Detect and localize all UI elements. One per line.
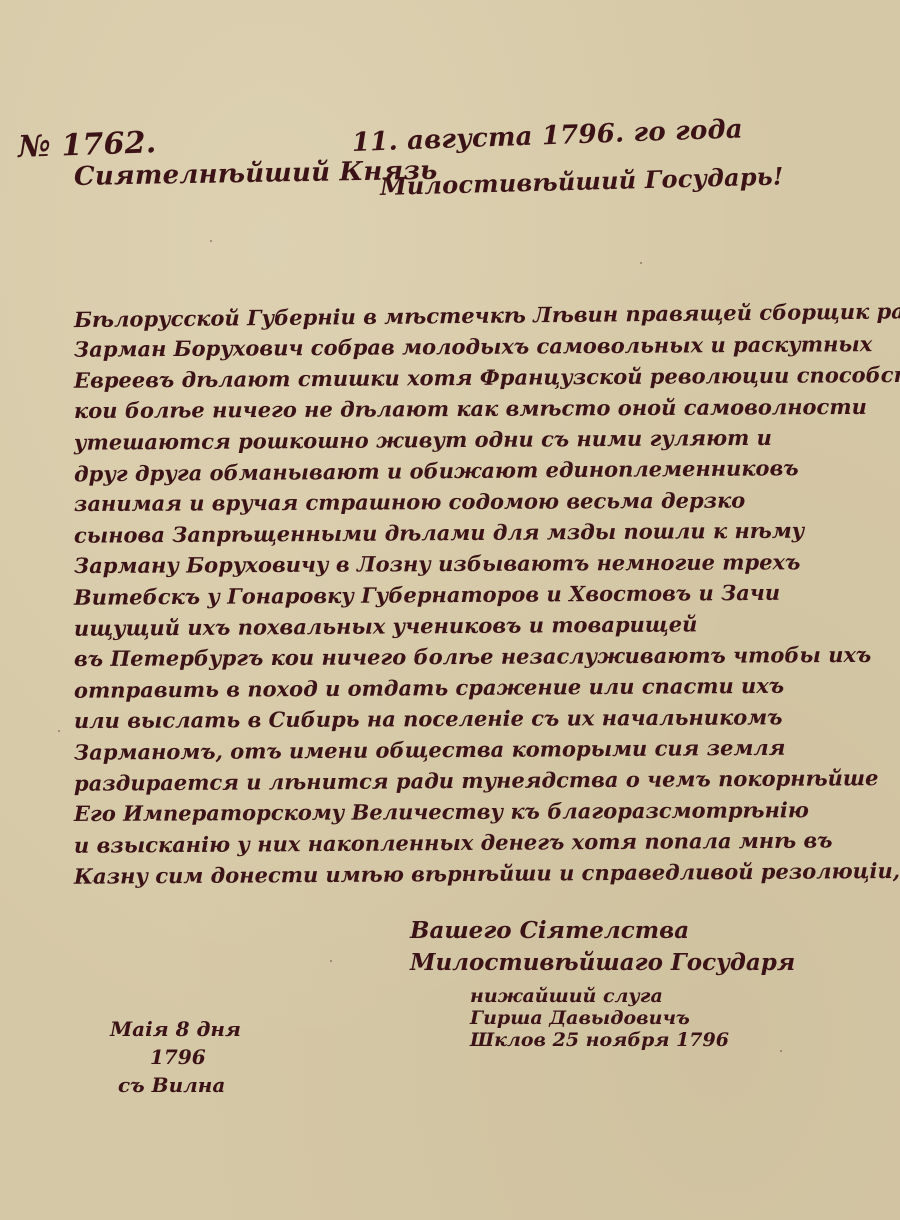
body-line: въ Петербургъ кои ничего болѣе незаслужи… — [74, 639, 854, 674]
margin-note-line: съ Вилна — [110, 1071, 241, 1099]
closing-line: Вашего Сiятелства — [410, 915, 795, 947]
closing-formula: Вашего Сiятелства Милостивѣйшаго Государ… — [410, 915, 795, 979]
manuscript-page: № 1762. 11. августа 1796. го года Сиятел… — [0, 0, 900, 1220]
body-line: Казну сим донести имѣю вѣрнѣйши и справе… — [74, 855, 854, 891]
margin-note-line: 1796 — [110, 1043, 241, 1071]
body-line: отправить в поход и отдать сражение или … — [74, 669, 854, 705]
margin-note: Маiя 8 дня 1796 съ Вилна — [110, 1015, 241, 1099]
body-line: занимая и вручая страшною содомою весьма… — [74, 484, 854, 519]
signature-block: нижайший слуга Гирша Давыдовичъ Шклов 25… — [470, 985, 729, 1051]
document-date: 11. августа 1796. го года — [351, 114, 743, 158]
body-line: кои болѣе ничего не дѣлают как вмѣсто он… — [74, 391, 854, 426]
body-line: Евреевъ дѣлают стишки хотя Французской р… — [74, 359, 854, 395]
document-number: № 1762. — [17, 125, 157, 165]
ink-speck — [58, 730, 60, 732]
margin-note-line: Маiя 8 дня — [110, 1015, 241, 1043]
ink-speck — [330, 960, 332, 962]
signature-line: Гирша Давыдовичъ — [470, 1007, 729, 1029]
ink-speck — [92, 880, 94, 882]
petition-body: Бѣлорусской Губернiи в мѣстечкѣ Лѣвин пр… — [74, 300, 854, 889]
salutation: Милостивѣйший Государь! — [380, 161, 784, 201]
closing-line: Милостивѣйшаго Государя — [410, 947, 795, 979]
ink-speck — [780, 1050, 782, 1052]
body-line: или выслать в Сибирь на поселенiе съ их … — [74, 701, 854, 736]
ink-speck — [640, 262, 642, 264]
body-line: Зарману Боруховичу в Лозну избываютъ нем… — [74, 546, 854, 581]
signature-line: нижайший слуга — [470, 985, 729, 1007]
ink-speck — [210, 240, 212, 242]
body-line: раздирается и лѣнится ради тунеядства о … — [74, 762, 854, 798]
body-line: сынова Запрѣщенными дѣлами для мзды пошл… — [74, 514, 854, 550]
body-line: Его Императорскому Величеству къ благора… — [74, 794, 854, 829]
signature-line: Шклов 25 ноября 1796 — [470, 1029, 729, 1051]
body-line: ищущий ихъ похвальных учениковъ и товари… — [74, 607, 854, 643]
